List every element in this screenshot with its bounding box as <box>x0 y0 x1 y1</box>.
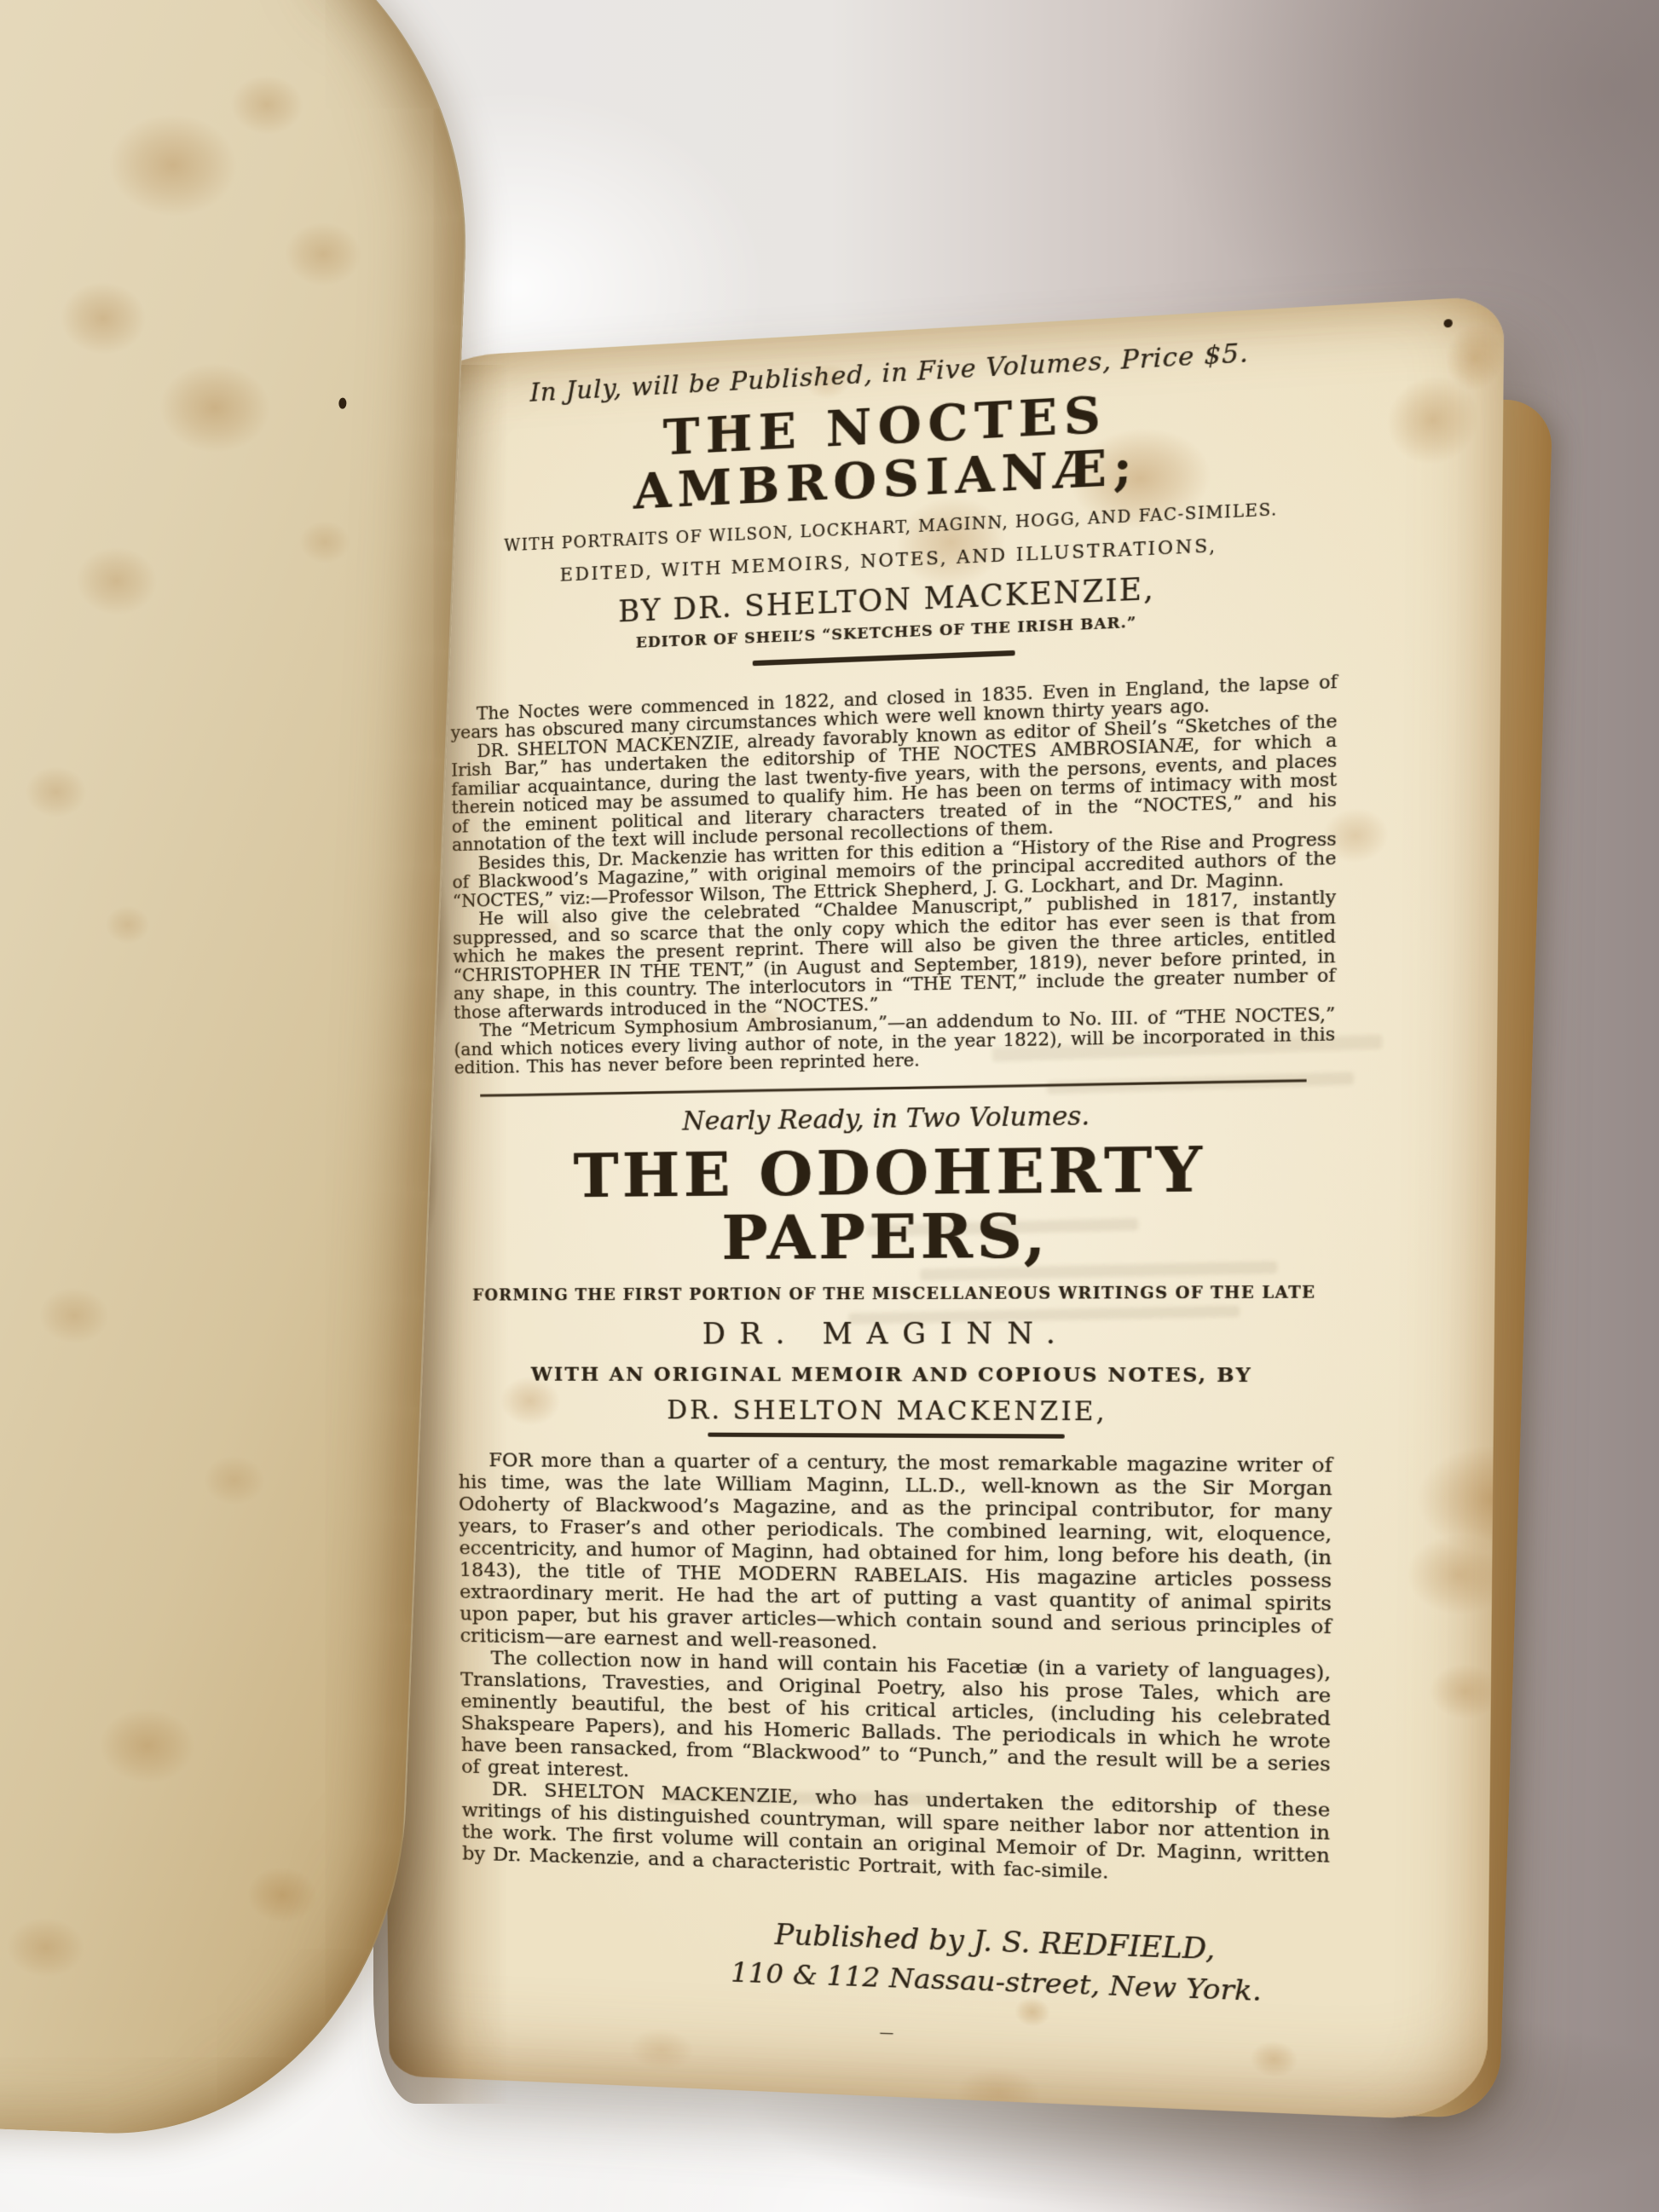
foxing-spot <box>105 904 151 944</box>
book-title-odoherty: THE ODOHERTY PAPERS, <box>455 1135 1335 1272</box>
foxing-spot <box>107 112 239 219</box>
paragraph: The collection now in hand will contain … <box>460 1647 1332 1799</box>
foxing-spot <box>298 520 351 564</box>
advert-page: In July, will be Published, in Five Volu… <box>369 295 1504 2122</box>
paragraph: He will also give the celebrated “Chalde… <box>453 888 1336 1022</box>
separator-rule <box>708 1432 1065 1438</box>
foxing-spot <box>284 221 363 287</box>
foxing-spot <box>75 546 159 617</box>
foxing-spot <box>98 1707 196 1785</box>
foxing-spot <box>38 1286 110 1345</box>
publisher-block: Published by J. S. REDFIELD, 110 & 112 N… <box>676 1915 1321 2009</box>
author-name: DR. MAGINN. <box>457 1315 1333 1350</box>
end-ornament: — <box>464 2008 1328 2058</box>
noctes-ad-body: The Noctes were commenced in 1822, and c… <box>450 673 1337 1078</box>
foxing-spot <box>1429 1663 1500 1719</box>
odoherty-ad-body: FOR more than a quarter of a century, th… <box>458 1449 1332 1890</box>
section-divider-rule <box>480 1079 1306 1097</box>
separator-rule <box>753 650 1015 666</box>
foxing-spot <box>59 280 147 356</box>
foxing-spot <box>24 765 87 819</box>
foxing-spot <box>1407 1534 1505 1616</box>
ink-speck <box>1444 319 1453 327</box>
foxing-spot <box>5 1916 86 1978</box>
foxing-spot <box>629 2027 694 2071</box>
foxing-spot <box>1445 323 1504 392</box>
foxing-spot <box>1416 1445 1504 1554</box>
foxing-spot <box>203 1454 266 1506</box>
foxing-spot <box>158 361 272 454</box>
foxing-spot <box>229 73 304 136</box>
memoir-line: WITH AN ORIGINAL MEMOIR AND COPIOUS NOTE… <box>457 1363 1332 1387</box>
editor-name: DR. SHELTON MACKENZIE, <box>458 1395 1333 1427</box>
print-area: In July, will be Published, in Five Volu… <box>448 332 1340 2058</box>
forming-line: FORMING THE FIRST PORTION OF THE MISCELL… <box>456 1283 1333 1304</box>
photo-backdrop: In July, will be Published, in Five Volu… <box>0 0 1659 2212</box>
foxing-spot <box>246 1866 318 1925</box>
paragraph: FOR more than a quarter of a century, th… <box>458 1449 1332 1661</box>
odoherty-ad-section: Nearly Ready, in Two Volumes. THE ODOHER… <box>454 1097 1334 2058</box>
foxing-spot <box>1387 373 1480 466</box>
noctes-ad-section: In July, will be Published, in Five Volu… <box>448 332 1340 1077</box>
ink-speck <box>338 397 346 408</box>
